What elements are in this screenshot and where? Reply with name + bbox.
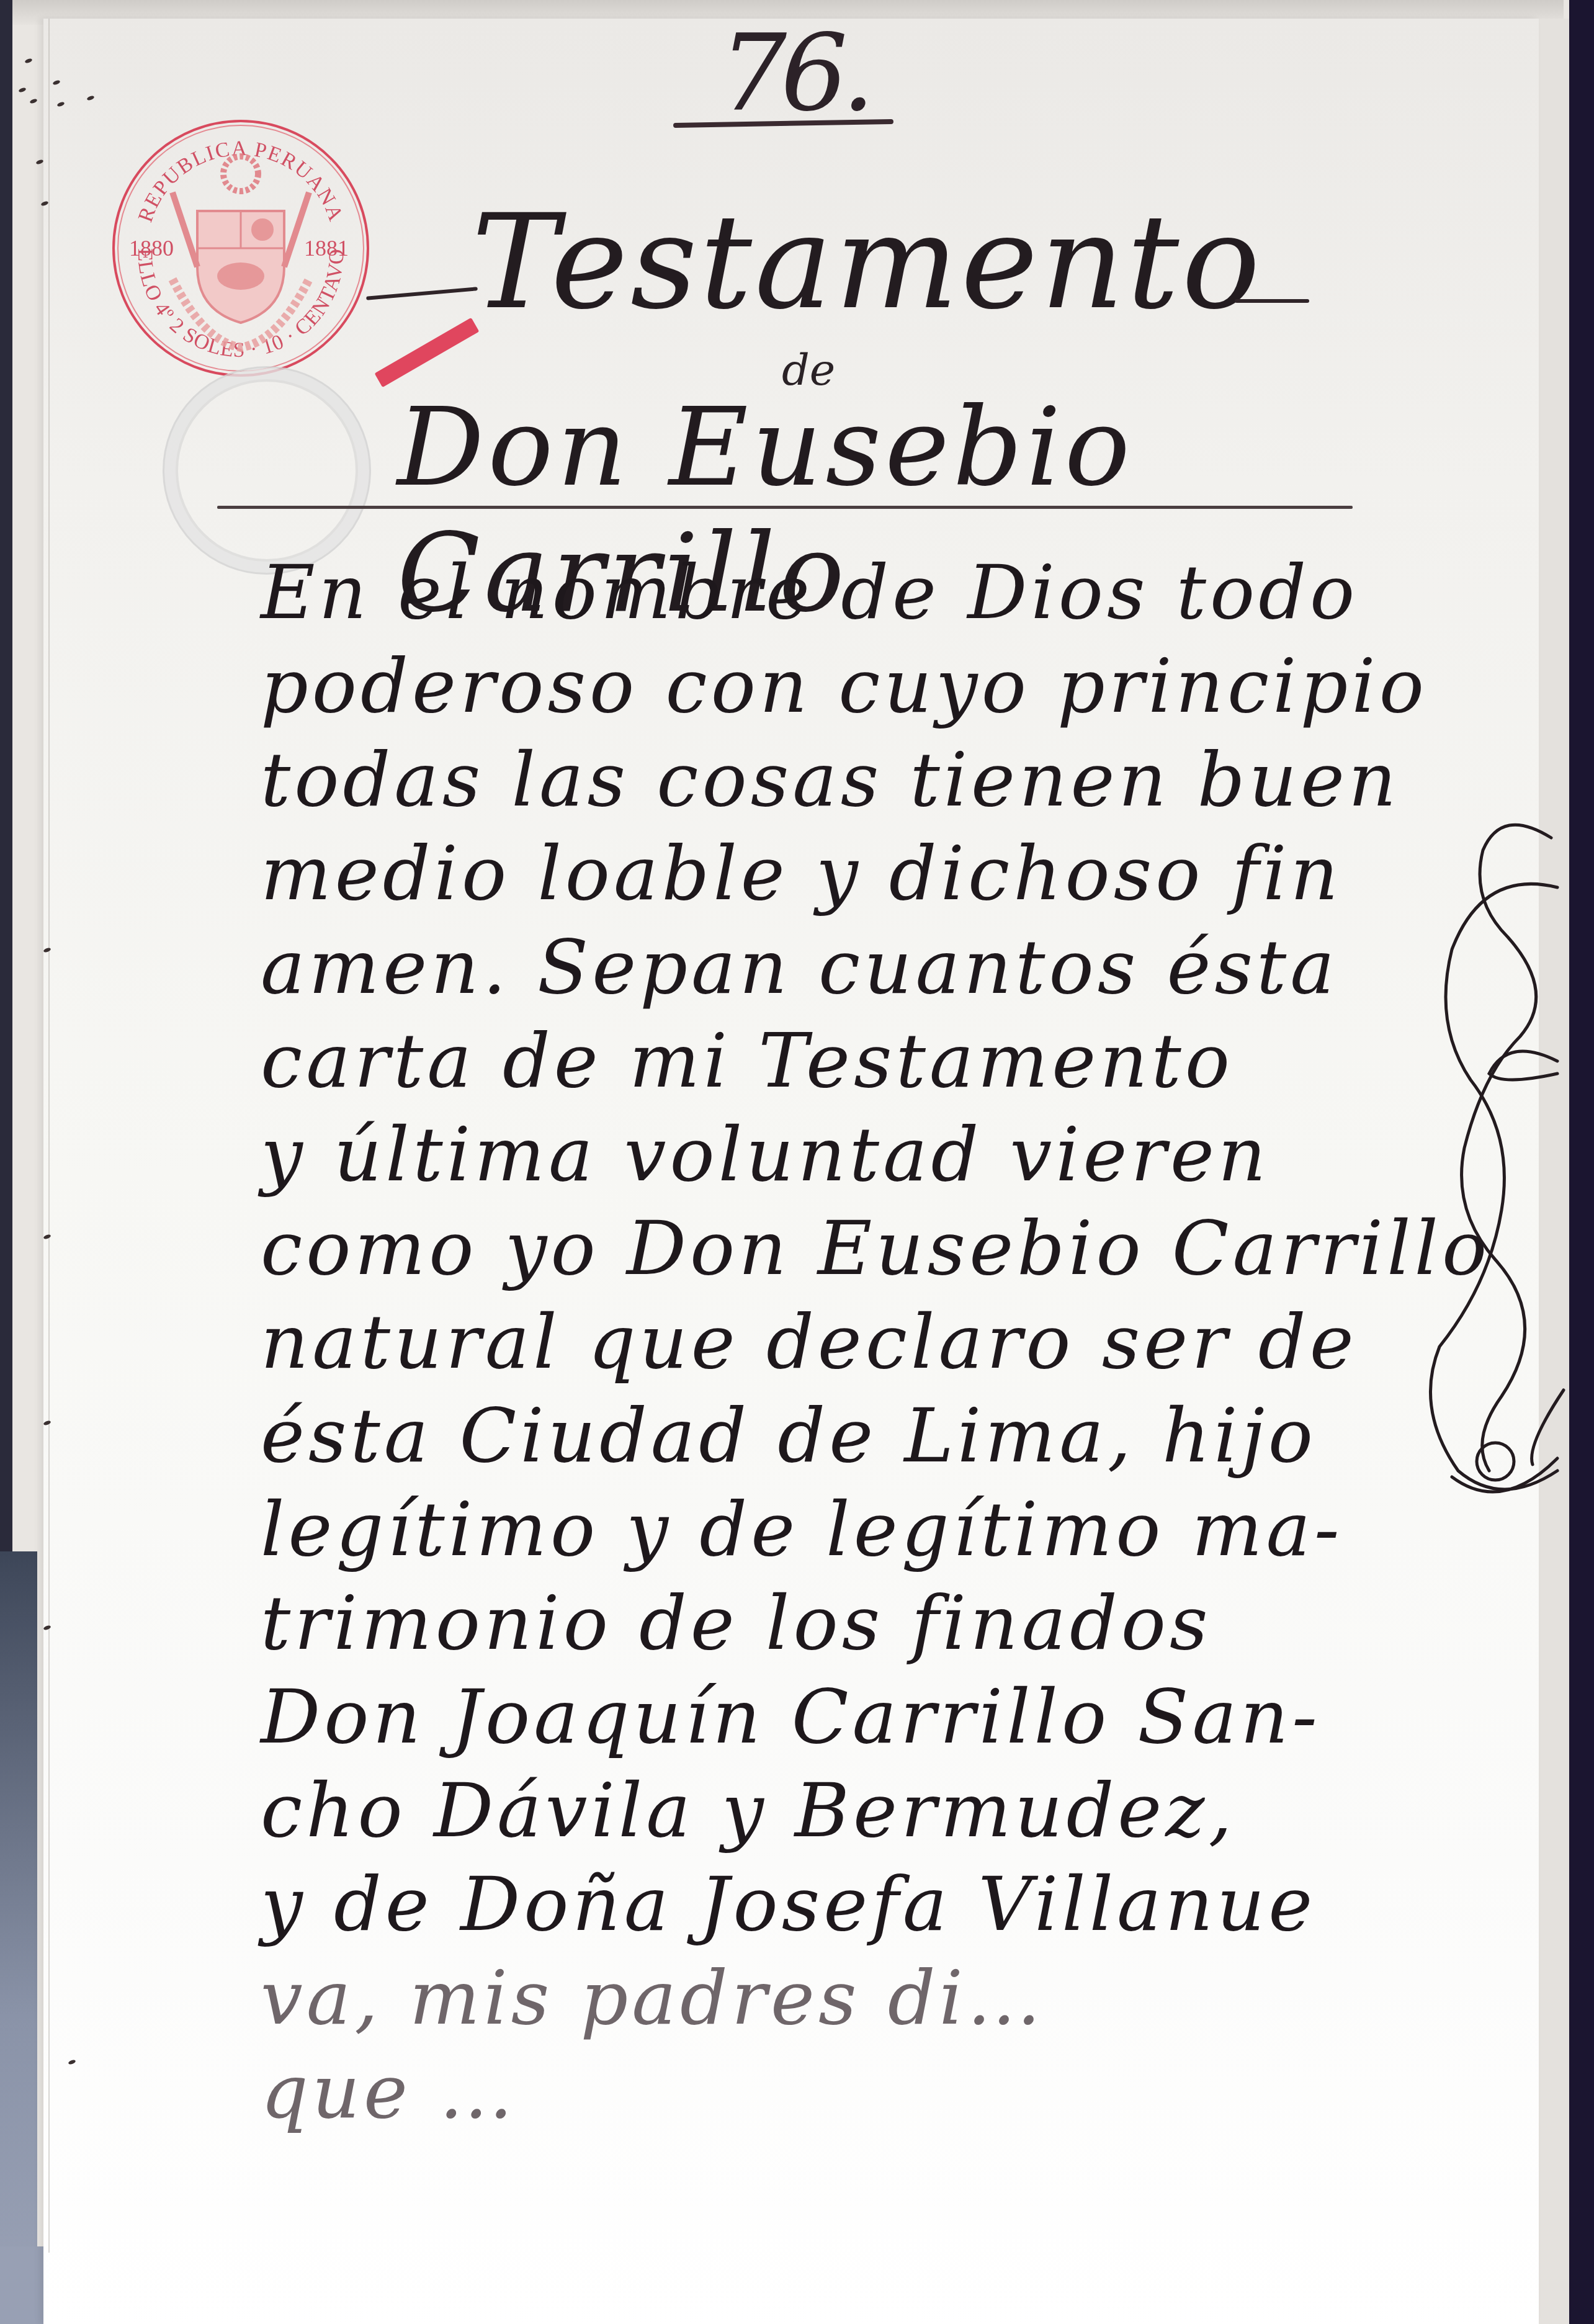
- title-swash-right: [1235, 299, 1309, 303]
- document-number: 76.: [720, 12, 869, 135]
- stamp-seal: REPUBLICA PERUANA SELLO 4º 2 SOLES · 10 …: [104, 112, 377, 385]
- document-title: Testamento: [472, 186, 1263, 338]
- body-line: medio loable y dichoso fin: [261, 827, 1440, 921]
- body-line: carta de mi Testamento: [261, 1015, 1440, 1108]
- body-line: y de Doña Josefa Villanue: [261, 1858, 1440, 1952]
- header-rule: [217, 506, 1353, 509]
- testament-body: En el nombre de Dios todo poderoso con c…: [261, 546, 1440, 2139]
- body-line: amen. Sepan cuantos ésta: [261, 921, 1440, 1015]
- rubric-flourish-icon: [1408, 813, 1570, 1520]
- seal-year-left: 1880: [129, 236, 174, 261]
- body-line: cho Dávila y Bermudez,: [261, 1764, 1440, 1858]
- dark-background-strip: [1569, 0, 1594, 2324]
- background-surface: [0, 1551, 37, 2324]
- body-line: todas las cosas tienen buen: [261, 734, 1440, 827]
- body-line: como yo Don Eusebio Carrillo: [261, 1202, 1440, 1296]
- body-line: En el nombre de Dios todo: [261, 546, 1440, 640]
- body-line: legítimo y de legítimo ma-: [261, 1483, 1440, 1577]
- seal-year-right: 1881: [304, 236, 349, 261]
- body-line: trimonio de los finados: [261, 1577, 1440, 1671]
- body-line: va, mis padres di…: [261, 1952, 1440, 2045]
- body-line: y última voluntad vieren: [261, 1108, 1440, 1202]
- body-line: que …: [261, 2045, 1440, 2139]
- coat-of-arms-icon: [172, 156, 309, 348]
- binding-fold-line: [48, 19, 50, 2253]
- body-line: Don Joaquín Carrillo San-: [261, 1671, 1440, 1764]
- body-line: ésta Ciudad de Lima, hijo: [261, 1389, 1440, 1483]
- body-line: natural que declaro ser de: [261, 1296, 1440, 1389]
- body-line: poderoso con cuyo principio: [261, 640, 1440, 734]
- embossed-seal: [163, 366, 371, 575]
